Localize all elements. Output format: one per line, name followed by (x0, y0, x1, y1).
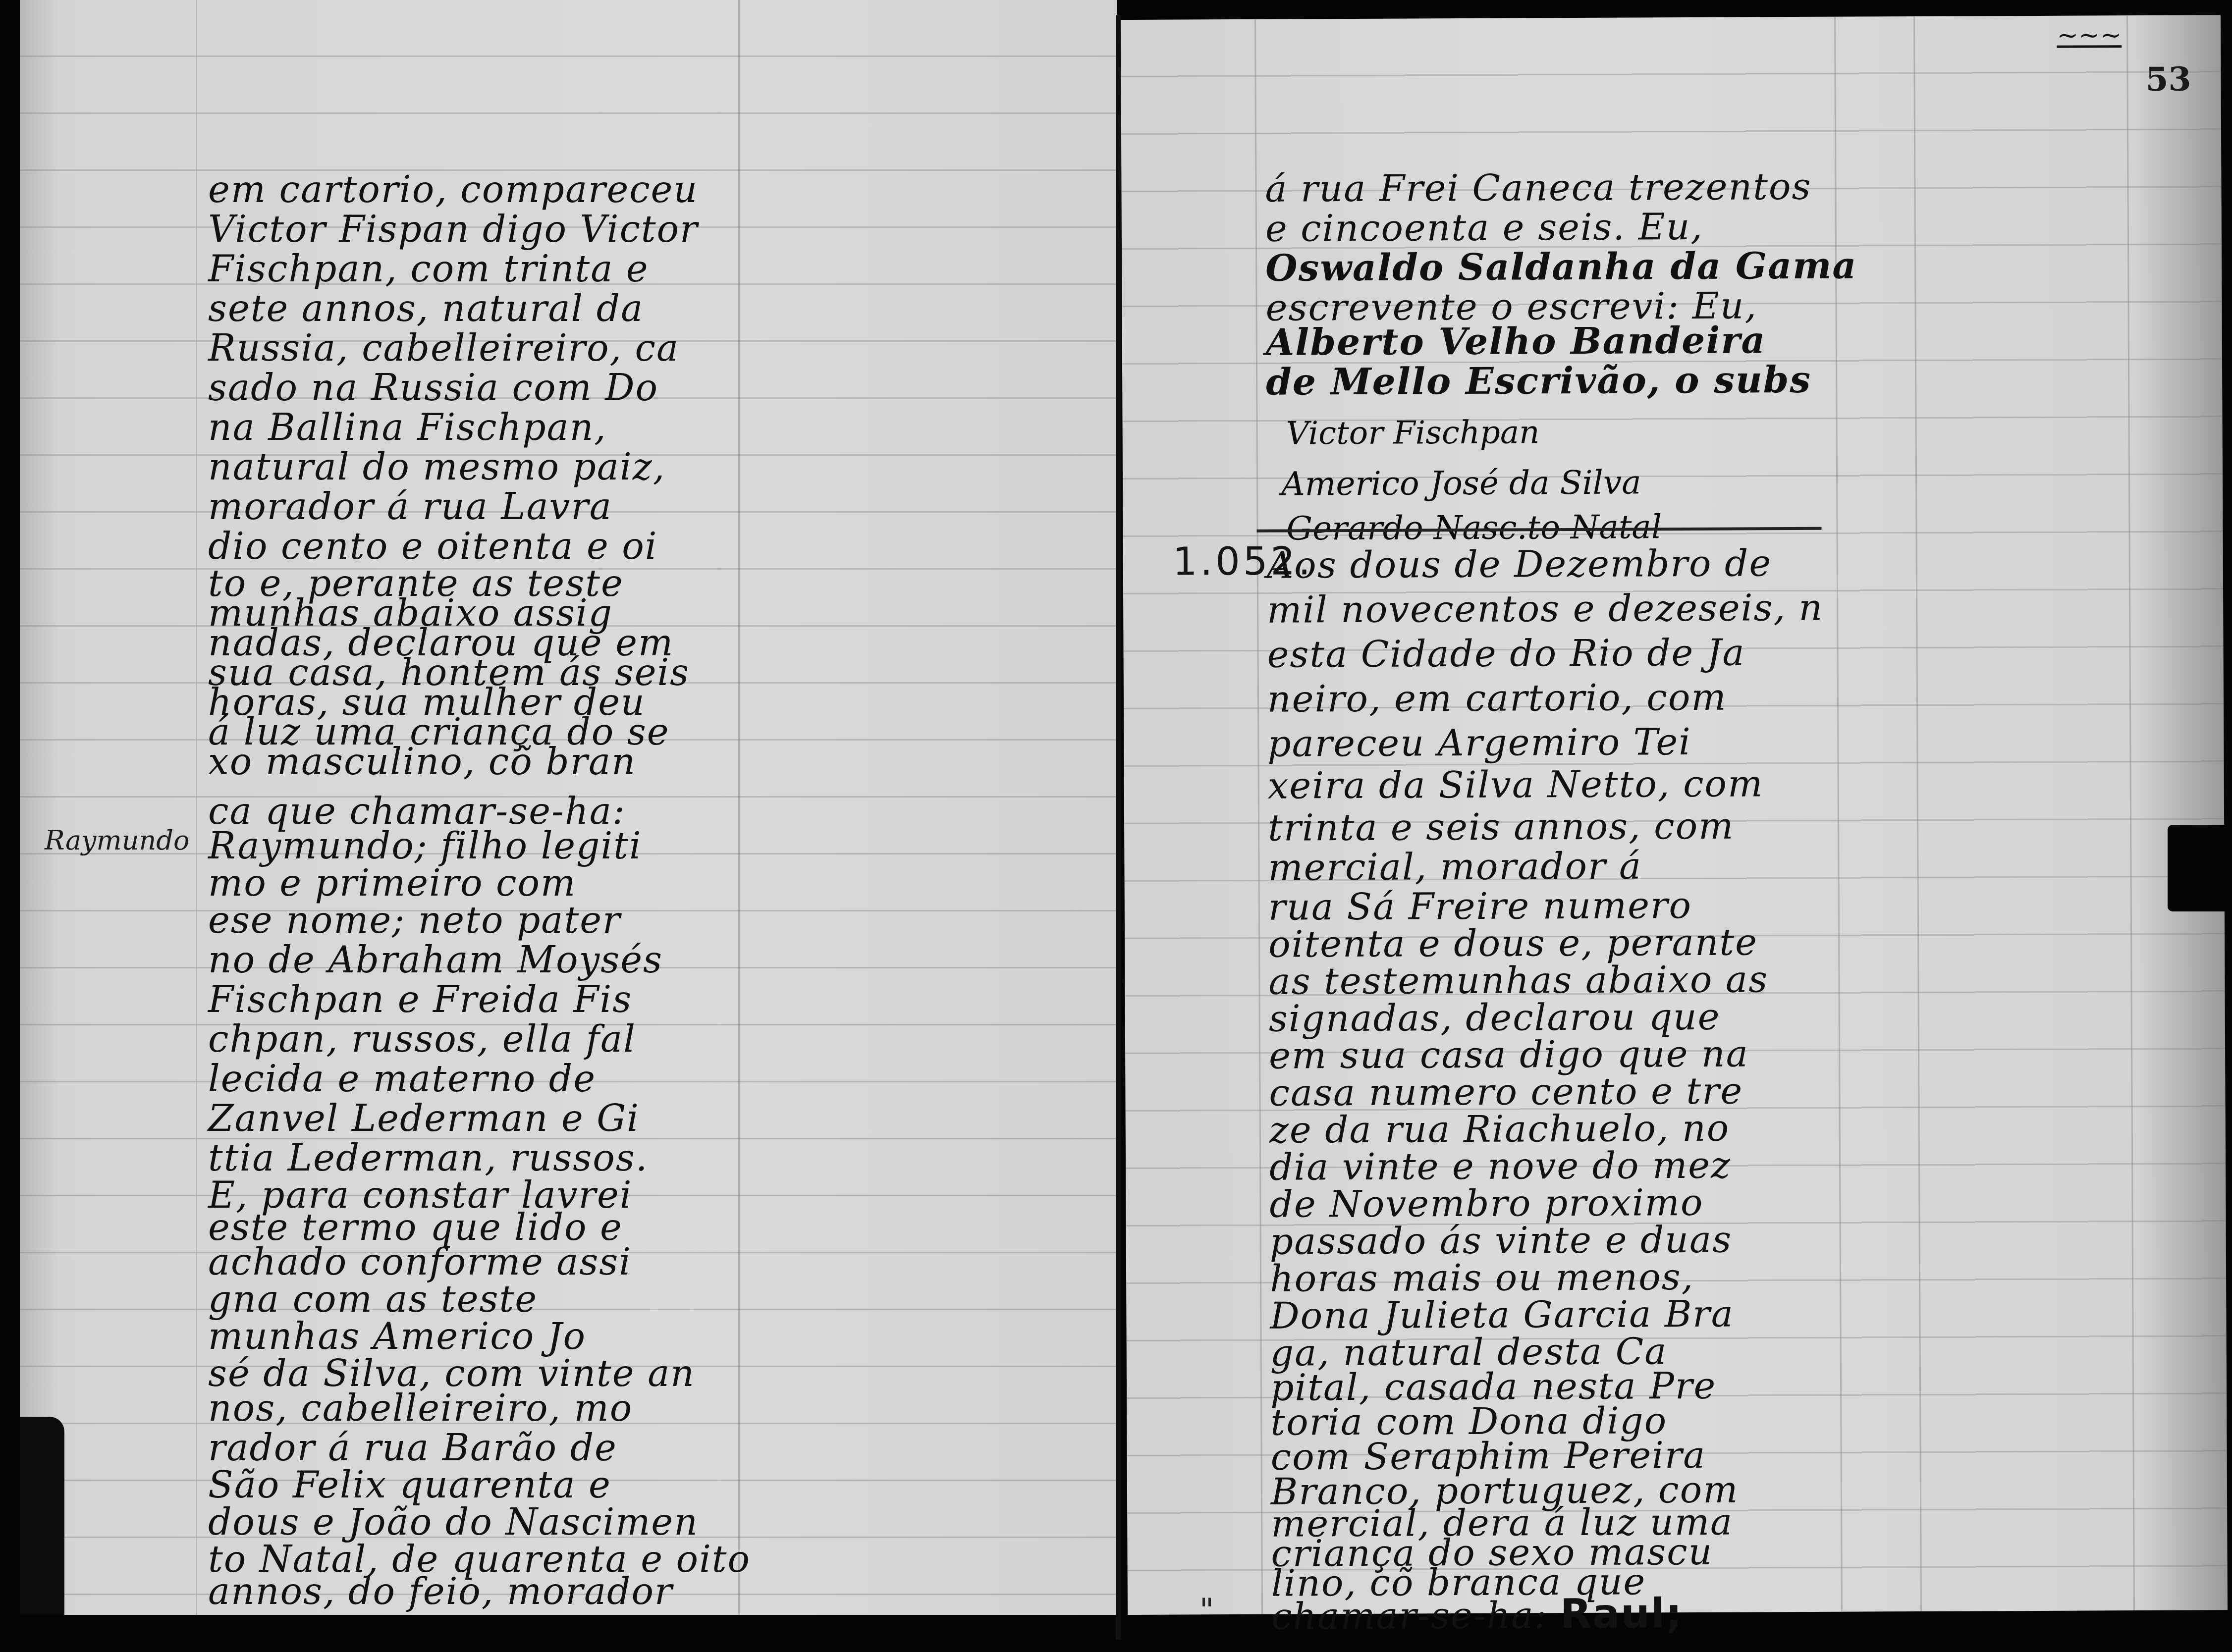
text-line: na Ballina Fischpan, (208, 406, 607, 449)
text-line: rador á rua Barão de (208, 1427, 617, 1469)
text-line: annos, do feio, morador (208, 1570, 673, 1613)
text-line: achado conforme assi (208, 1241, 632, 1283)
left-margin-rule (196, 0, 197, 1615)
left-right-rule (738, 0, 740, 1615)
margin-note-child-name: Raymundo (45, 825, 189, 856)
text-line: em cartorio, compareceu (208, 168, 698, 211)
text-line: Zanvel Lederman e Gi (208, 1097, 640, 1140)
text-line: mercial, morador á (1268, 845, 1642, 889)
text-line: Victor Fispan digo Victor (208, 208, 699, 251)
book-spine (1116, 15, 1121, 1640)
right-page: ~~~ 53 á rua Frei Caneca trezentos e cin… (1121, 15, 2228, 1615)
text-line: dous e João do Nascimen (208, 1501, 699, 1544)
corner-damage (20, 1417, 64, 1615)
text-line: São Felix quarenta e (208, 1464, 611, 1506)
text-line: morador á rua Lavra (208, 485, 612, 528)
registrar-signature-line: de Mello Escrivão, o subs (1266, 359, 1811, 404)
text-line: xeira da Silva Netto, com (1268, 762, 1764, 807)
final-line: chamar-se-ha: Raul; (1271, 1590, 1683, 1639)
text-line: ttia Lederman, russos. (208, 1137, 648, 1179)
text-line: mil novecentos e dezeseis, n (1267, 586, 1823, 632)
page-number: 53 (2146, 60, 2191, 99)
text-line: chpan, russos, ella fal (208, 1018, 636, 1061)
text-line: á rua Frei Caneca trezentos (1265, 165, 1811, 211)
text-line: sete annos, natural da (208, 287, 644, 330)
left-page: Raymundo em cartorio, compareceu Victor … (20, 0, 1117, 1615)
text-line: nos, cabelleireiro, mo (208, 1387, 633, 1430)
text-line: esta Cidade do Rio de Ja (1267, 632, 1745, 676)
ditto-mark: " (1199, 1592, 1214, 1629)
top-annotation: ~~~ (2057, 20, 2122, 51)
text-line: dio cento e oitenta e oi (208, 525, 657, 568)
text-line: Fischpan, com trinta e (208, 248, 649, 290)
right-margin-rule (1254, 19, 1263, 1614)
text-line: Russia, cabelleireiro, ca (208, 327, 679, 370)
text-line: Aos dous de Dezembro de (1267, 542, 1772, 586)
text-line: gna com as teste (208, 1278, 538, 1321)
text-line: natural do mesmo paiz, (208, 446, 665, 488)
scrivener-signature-line: Oswaldo Saldanha da Gama (1265, 245, 1857, 290)
text-line: ese nome; neto pater (208, 899, 621, 942)
signature-witness-1: Americo José da Silva (1281, 463, 1641, 503)
text-line: Fischpan e Freida Fis (208, 978, 632, 1021)
text-line: no de Abraham Moysés (208, 939, 663, 981)
registrar-signature-line: Alberto Velho Bandeira (1266, 319, 1766, 364)
text-line: sado na Russia com Do (208, 367, 658, 409)
text-line: neiro, em cartorio, com (1267, 676, 1727, 721)
text-line: xo masculino, cõ bran (208, 741, 636, 783)
right-outer-rule (2126, 15, 2135, 1610)
text-line: Raymundo; filho legiti (208, 825, 642, 867)
final-line-prefix: chamar-se-ha: (1271, 1594, 1548, 1638)
page-tab-marker (2168, 825, 2232, 911)
text-line: pareceu Argemiro Tei (1267, 721, 1691, 765)
child-name: Raul; (1560, 1590, 1683, 1638)
text-line: trinta e seis annos, com (1268, 805, 1735, 850)
text-line: lecida e materno de (208, 1058, 596, 1100)
previous-entry-closing: á rua Frei Caneca trezentos e cincoenta … (1121, 15, 2221, 20)
text-line: mo e primeiro com (208, 862, 576, 905)
signature-declarant: Victor Fischpan (1286, 414, 1539, 452)
right-column-rule (1913, 16, 1922, 1611)
entry-1052-text: Aos dous de Dezembro de mil novecentos e… (1121, 15, 2221, 20)
text-line: munhas Americo Jo (208, 1315, 586, 1358)
scan-background: Raymundo em cartorio, compareceu Victor … (0, 0, 2232, 1652)
text-line: e cincoenta e seis. Eu, (1265, 206, 1703, 250)
